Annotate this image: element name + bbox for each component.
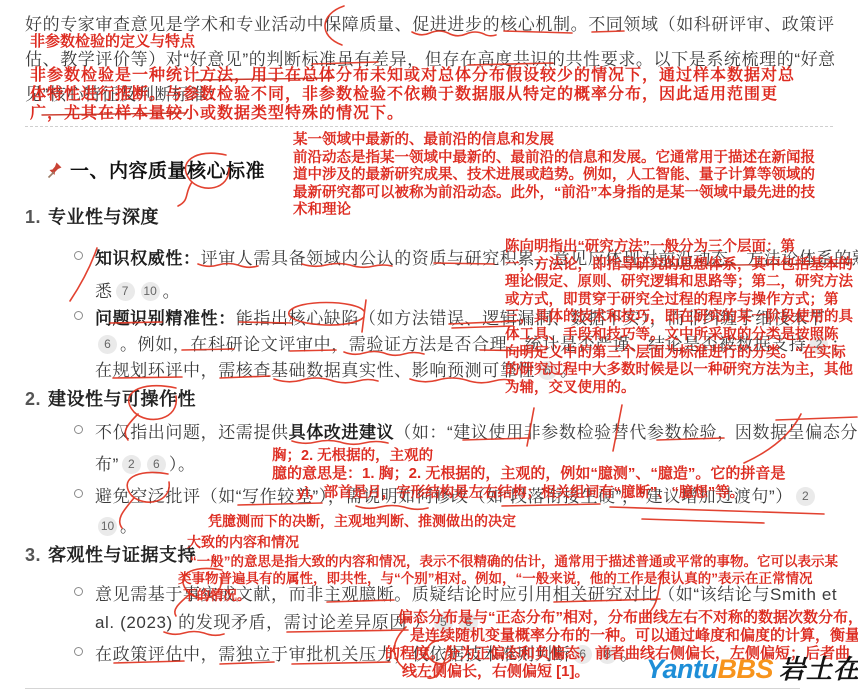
bullet-1-period: 。: [163, 282, 181, 301]
section-divider-top: [25, 126, 833, 127]
heading-2-number: 2.: [25, 389, 41, 409]
annotation-yi-line: yì，部首是月，字形结构是左右结构；相关组词有“臆断”、“臆想”等。: [297, 481, 744, 502]
bullet-1-text-cont: 悉: [95, 282, 113, 301]
heading-3: 3.客观性与证据支持: [25, 541, 196, 567]
bullet-2-text-3: 在规划环评中，需核查基础数据真实性、影响预测可靠性: [95, 361, 535, 380]
annotation-yi-line: 臆的意思是：1. 胸；2. 无根据的，主观的，例如“臆测”、“臆造”。它的拼音是: [272, 462, 785, 483]
yantubbs-logo: YantuBBS岩土在线: [646, 649, 858, 686]
section-1-heading: 一、内容质量核心标准: [46, 156, 265, 183]
bullet-3-text-cont: 布”: [95, 455, 119, 474]
citation-badge: 6: [98, 335, 117, 354]
annotation-nonparam-title: 非参数检验的定义与特点: [30, 30, 195, 51]
section-1-title: 一、内容质量核心标准: [70, 156, 265, 183]
logo-yantu: Yantu: [646, 654, 718, 684]
annotation-pian-line: 线左侧偏长，右侧偏短 [1]。: [402, 660, 590, 681]
bullet-3-text-2: （如：“建议使用非参数检验替代参数检验，因数据呈偏态分: [394, 423, 858, 442]
heading-2-label: 建设性与可操作性: [48, 389, 196, 409]
bullet-marker: [74, 425, 83, 434]
bullet-3-line-2: 布”26）。: [95, 450, 196, 475]
bullet-marker: [74, 311, 83, 320]
bullet-3-text: 不仅指出问题，还需提供: [95, 423, 289, 442]
bullet-4-line-2: 10。: [95, 512, 138, 537]
heading-1-number: 1.: [25, 207, 41, 227]
bullet-3-line-1: 不仅指出问题，还需提供具体改进建议（如：“建议使用非参数检验替代参数检验，因数据…: [95, 418, 858, 443]
citation-badge: 6: [147, 455, 166, 474]
bullet-marker: [74, 489, 83, 498]
heading-1-label: 专业性与深度: [48, 207, 159, 227]
annotation-yiban-line: 下的情况。: [183, 584, 251, 604]
annotation-frontier-line: 术和理论: [293, 198, 351, 219]
heading-3-label: 客观性与证据支持: [48, 545, 196, 565]
bullet-marker: [74, 647, 83, 656]
annotation-yiban-line: 类事物普遍具有的属性，即共性，与“个别”相对。例如，“一般来说，他的工作是很认真…: [178, 567, 813, 587]
bullet-4-period: 。: [120, 517, 138, 536]
annotation-chen-line: 为辅，交叉使用的。: [505, 376, 636, 397]
citation-badge: 7: [116, 282, 135, 301]
bullet-2-term: 问题识别精准性：: [95, 309, 236, 328]
pushpin-icon: [46, 161, 63, 179]
heading-2: 2.建设性与可操作性: [25, 385, 196, 411]
bullet-3-bold: 具体改进建议: [289, 423, 395, 442]
bullet-1-term: 知识权威性：: [95, 249, 201, 268]
heading-3-number: 3.: [25, 545, 41, 565]
citation-badge: 10: [98, 517, 117, 536]
logo-chinese-name: 岩土在线: [779, 654, 858, 684]
heading-1: 1.专业性与深度: [25, 203, 159, 229]
page-bottom-divider: [25, 688, 800, 689]
bullet-marker: [74, 251, 83, 260]
annotation-nonparam-line: 广，尤其在样本量较小或数据类型特殊的情况下。: [30, 100, 404, 123]
annotation-yiban-line: 大致的内容和情况: [187, 532, 299, 552]
bullet-1-line-2: 悉710。: [95, 277, 180, 302]
bullet-3-close: ）。: [169, 455, 196, 474]
annotated-document-page: 好的专家审查意见是学术和专业活动中保障质量、促进进步的核心机制。不同领域（如科研…: [0, 0, 858, 698]
annotation-frontier-line: 最新研究都可以被称为前沿动态。此外，“前沿”本身指的是某一领域中最先进的技: [293, 181, 815, 202]
bullet-5-text-cont: al. (2023) 的发现矛盾，需讨论差异原因”）: [95, 613, 431, 632]
citation-badge: 10: [141, 282, 160, 301]
logo-bbs: BBS: [718, 654, 774, 684]
citation-badge: 2: [796, 487, 815, 506]
annotation-yi-line: 凭臆测而下的决断，主观地判断、推测做出的决定: [208, 511, 516, 531]
bullet-marker: [74, 587, 83, 596]
citation-badge: 2: [122, 455, 141, 474]
